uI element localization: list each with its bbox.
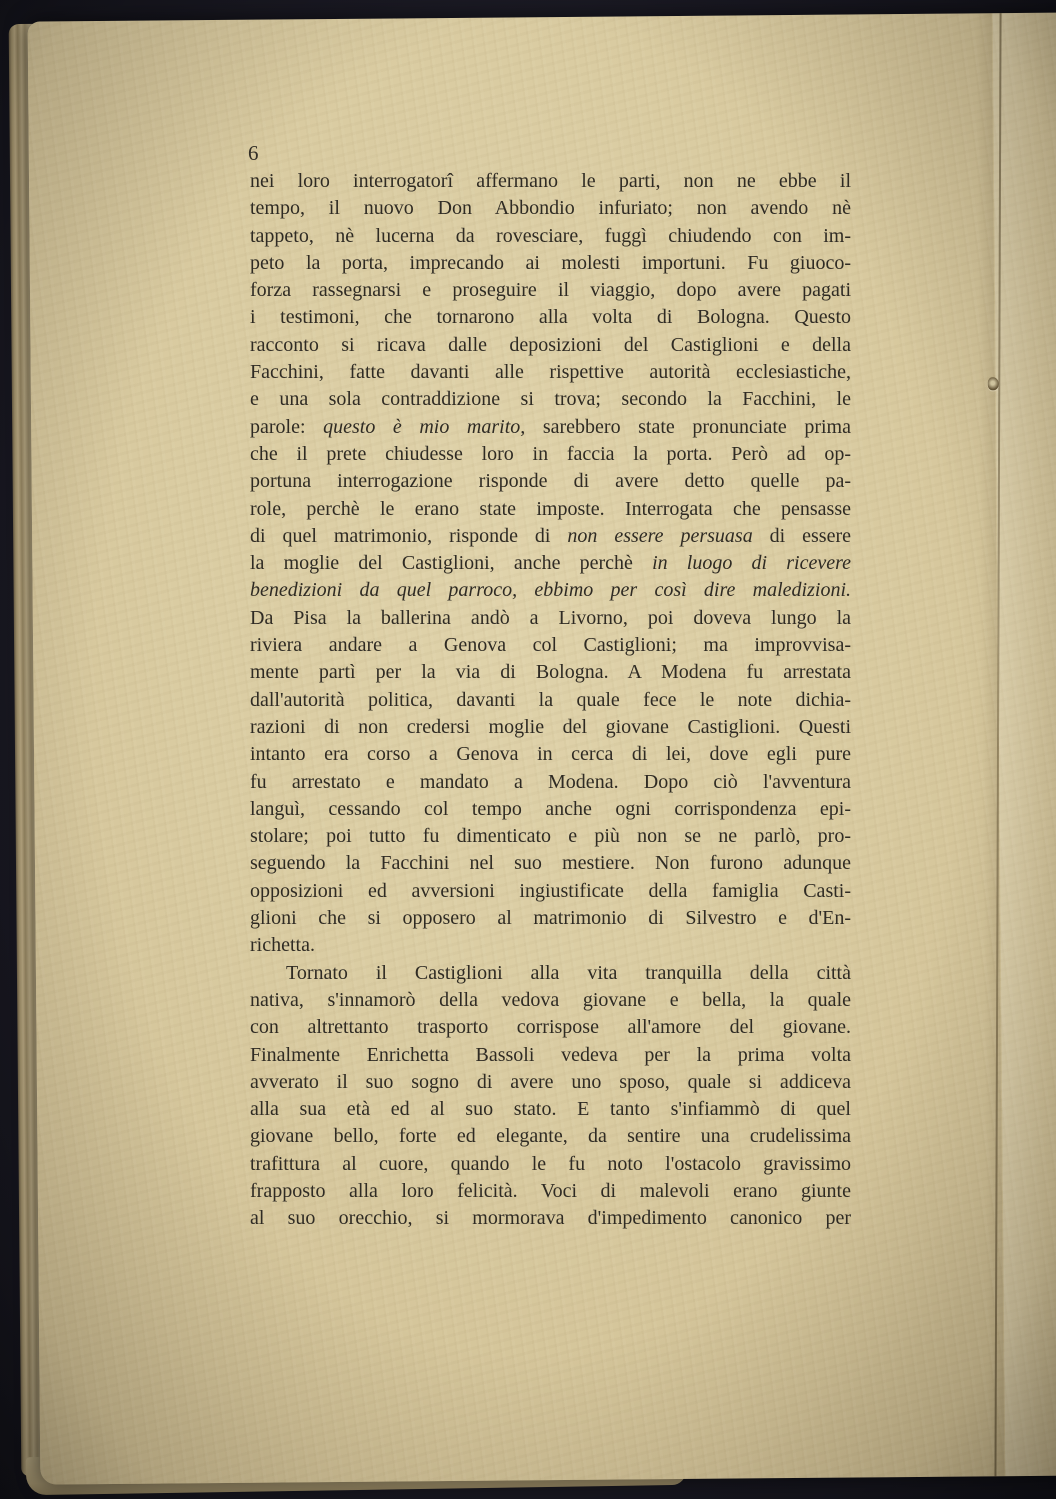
text-run: al suo orecchio, si mormorava d'impedime… (250, 1207, 851, 1229)
text-run: giovane bello, forte ed elegante, da sen… (250, 1125, 851, 1147)
text-run: alla sua età ed al suo stato. E tanto s'… (250, 1098, 851, 1120)
text-line: role, perchè le erano state imposte. Int… (250, 496, 851, 523)
text-run: Finalmente Enrichetta Bassoli vedeva per… (250, 1044, 851, 1066)
text-run: mente partì per la via di Bologna. A Mod… (250, 661, 851, 683)
text-line: Da Pisa la ballerina andò a Livorno, poi… (250, 605, 851, 632)
text-run: peto la porta, imprecando ai molesti imp… (250, 252, 851, 274)
italic-text-run: questo è mio marito, (323, 416, 525, 438)
text-line: e una sola contraddizione si trova; seco… (250, 386, 851, 413)
text-run: languì, cessando col tempo anche ogni co… (250, 798, 851, 820)
text-block: nei loro interrogatorî affermano le part… (250, 168, 851, 1233)
text-line: Tornato il Castiglioni alla vita tranqui… (250, 960, 851, 987)
text-line: peto la porta, imprecando ai molesti imp… (250, 250, 851, 277)
text-line: tempo, il nuovo Don Abbondio infuriato; … (250, 195, 851, 222)
italic-text-run: benedizioni da quel parroco, ebbimo per … (250, 579, 851, 601)
text-line: tappeto, nè lucerna da rovesciare, fuggì… (250, 223, 851, 250)
text-run: avverato il suo sogno di avere uno sposo… (250, 1071, 851, 1093)
text-run: forza rassegnarsi e proseguire il viaggi… (250, 279, 851, 301)
text-line: benedizioni da quel parroco, ebbimo per … (250, 577, 851, 604)
text-run: frapposto alla loro felicità. Voci di ma… (250, 1180, 851, 1202)
text-line: mente partì per la via di Bologna. A Mod… (250, 659, 851, 686)
text-line: riviera andare a Genova col Castiglioni;… (250, 632, 851, 659)
text-run: tempo, il nuovo Don Abbondio infuriato; … (250, 197, 851, 219)
text-run: intanto era corso a Genova in cerca di l… (250, 743, 851, 765)
text-run: glioni che si opposero al matrimonio di … (250, 907, 851, 929)
book-photo: 6 nei loro interrogatorî affermano le pa… (0, 0, 1056, 1499)
text-run: Da Pisa la ballerina andò a Livorno, poi… (250, 607, 851, 629)
text-run: Facchini, fatte davanti alle rispettive … (250, 361, 851, 383)
text-run: riviera andare a Genova col Castiglioni;… (250, 634, 851, 656)
page-number: 6 (248, 141, 259, 166)
text-line: giovane bello, forte ed elegante, da sen… (250, 1123, 851, 1150)
text-line: portuna interrogazione risponde di avere… (250, 468, 851, 495)
text-line: parole: questo è mio marito, sarebbero s… (250, 414, 851, 441)
text-run: Tornato il Castiglioni alla vita tranqui… (286, 962, 851, 984)
text-line: fu arrestato e mandato a Modena. Dopo ci… (250, 769, 851, 796)
text-line: Finalmente Enrichetta Bassoli vedeva per… (250, 1042, 851, 1069)
text-run: racconto si ricava dalle deposizioni del… (250, 334, 851, 356)
text-run: parole: (250, 416, 323, 438)
text-run: con altrettanto trasporto corrispose all… (250, 1016, 851, 1038)
text-run: trafittura al cuore, quando le fu noto l… (250, 1153, 851, 1175)
text-line: nei loro interrogatorî affermano le part… (250, 168, 851, 195)
italic-text-run: non essere persuasa (567, 525, 752, 547)
text-line: che il prete chiudesse loro in faccia la… (250, 441, 851, 468)
text-run: nei loro interrogatorî affermano le part… (250, 170, 851, 192)
text-line: frapposto alla loro felicità. Voci di ma… (250, 1178, 851, 1205)
text-line: glioni che si opposero al matrimonio di … (250, 905, 851, 932)
text-line: avverato il suo sogno di avere uno sposo… (250, 1069, 851, 1096)
text-run: seguendo la Facchini nel suo mestiere. N… (250, 852, 851, 874)
text-line: la moglie del Castiglioni, anche perchè … (250, 550, 851, 577)
text-run: nativa, s'innamorò della vedova giovane … (250, 989, 851, 1011)
text-run: fu arrestato e mandato a Modena. Dopo ci… (250, 771, 851, 793)
text-run: dall'autorità politica, davanti la quale… (250, 689, 851, 711)
text-line: trafittura al cuore, quando le fu noto l… (250, 1151, 851, 1178)
text-run: e una sola contraddizione si trova; seco… (250, 388, 851, 410)
text-run: di quel matrimonio, risponde di (250, 525, 567, 547)
text-line: di quel matrimonio, risponde di non esse… (250, 523, 851, 550)
text-run: di essere (753, 525, 851, 547)
text-line: Facchini, fatte davanti alle rispettive … (250, 359, 851, 386)
text-line: racconto si ricava dalle deposizioni del… (250, 332, 851, 359)
text-line: intanto era corso a Genova in cerca di l… (250, 741, 851, 768)
text-run: opposizioni ed avversioni ingiustificate… (250, 880, 851, 902)
text-run: tappeto, nè lucerna da rovesciare, fuggì… (250, 225, 851, 247)
text-line: languì, cessando col tempo anche ogni co… (250, 796, 851, 823)
text-line: opposizioni ed avversioni ingiustificate… (250, 878, 851, 905)
text-line: richetta. (250, 932, 851, 959)
text-line: razioni di non credersi moglie del giova… (250, 714, 851, 741)
text-run: sarebbero state pronunciate prima (525, 416, 851, 438)
text-run: che il prete chiudesse loro in faccia la… (250, 443, 851, 465)
text-line: forza rassegnarsi e proseguire il viaggi… (250, 277, 851, 304)
italic-text-run: in luogo di ricevere (652, 552, 851, 574)
text-line: nativa, s'innamorò della vedova giovane … (250, 987, 851, 1014)
text-line: i testimoni, che tornarono alla volta di… (250, 304, 851, 331)
text-line: con altrettanto trasporto corrispose all… (250, 1014, 851, 1041)
text-line: al suo orecchio, si mormorava d'impedime… (250, 1205, 851, 1232)
text-run: richetta. (250, 934, 315, 956)
text-line: stolare; poi tutto fu dimenticato e più … (250, 823, 851, 850)
text-run: stolare; poi tutto fu dimenticato e più … (250, 825, 851, 847)
text-run: la moglie del Castiglioni, anche perchè (250, 552, 652, 574)
text-line: dall'autorità politica, davanti la quale… (250, 687, 851, 714)
text-run: i testimoni, che tornarono alla volta di… (250, 306, 851, 328)
text-line: alla sua età ed al suo stato. E tanto s'… (250, 1096, 851, 1123)
text-run: role, perchè le erano state imposte. Int… (250, 498, 851, 520)
text-run: razioni di non credersi moglie del giova… (250, 716, 851, 738)
text-line: seguendo la Facchini nel suo mestiere. N… (250, 850, 851, 877)
fold-notch (988, 377, 999, 390)
text-run: portuna interrogazione risponde di avere… (250, 470, 851, 492)
